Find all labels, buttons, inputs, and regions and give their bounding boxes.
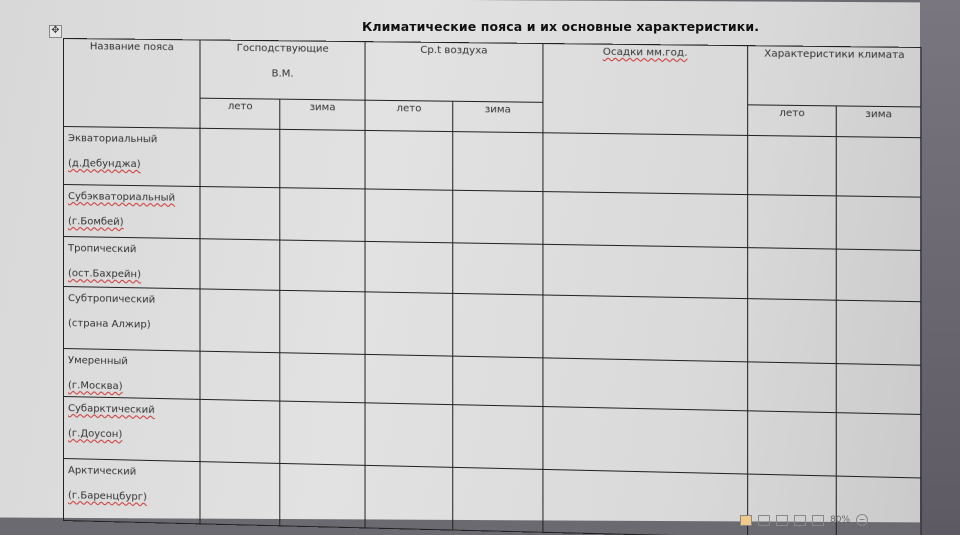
full-screen-reading-view-icon[interactable] — [758, 515, 770, 526]
empty-cell[interactable] — [365, 189, 453, 243]
belt-example-place: (д.Дебунджа) — [68, 158, 196, 171]
header-label: Название пояса — [90, 41, 174, 53]
header-label: Господствующие — [205, 42, 361, 55]
header-label: В.М. — [205, 68, 361, 81]
empty-cell[interactable] — [200, 289, 280, 353]
empty-cell[interactable] — [365, 292, 453, 356]
header-avg-temp[interactable]: Ср.t воздуха — [365, 42, 543, 103]
header-precipitation[interactable]: Осадки мм.год. — [543, 44, 748, 136]
empty-cell[interactable] — [200, 462, 280, 526]
empty-cell[interactable] — [836, 196, 921, 251]
document-title: Климатические пояса и их основные характ… — [362, 19, 759, 34]
empty-cell[interactable] — [543, 192, 748, 248]
empty-cell[interactable] — [453, 405, 543, 470]
window-background — [920, 0, 960, 535]
empty-cell[interactable] — [280, 240, 365, 292]
empty-cell[interactable] — [200, 128, 280, 187]
header-air-summer[interactable]: лето — [200, 98, 280, 129]
header-label: лето — [228, 101, 253, 112]
header-label: зима — [310, 102, 336, 113]
header-belt-name[interactable]: Название пояса — [63, 39, 200, 129]
header-label: Осадки мм.год. — [603, 47, 688, 59]
header-label: Характеристики климата — [764, 48, 904, 61]
belt-cell[interactable]: Арктический(г.Баренцбург) — [63, 459, 200, 524]
belt-cell[interactable]: Субэкваториальный(г.Бомбей) — [63, 185, 200, 239]
belt-name: Субэкваториальный — [68, 191, 196, 204]
header-label: Ср.t воздуха — [420, 45, 487, 57]
empty-cell[interactable] — [836, 137, 921, 198]
empty-cell[interactable] — [453, 293, 543, 357]
empty-cell[interactable] — [836, 364, 921, 415]
header-label: зима — [485, 104, 511, 115]
belt-example-place: (г.Москва) — [68, 380, 196, 394]
empty-cell[interactable] — [453, 356, 543, 406]
belt-example-place: (страна Алжир) — [68, 318, 196, 331]
belt-example-place: (г.Бомбей) — [68, 216, 196, 229]
draft-view-icon[interactable] — [812, 515, 824, 526]
belt-name: Арктический — [68, 465, 196, 479]
empty-cell[interactable] — [453, 190, 543, 244]
empty-cell[interactable] — [543, 358, 748, 411]
belt-name: Субтропический — [68, 293, 196, 306]
empty-cell[interactable] — [543, 244, 748, 298]
header-air-winter[interactable]: зима — [280, 99, 365, 130]
empty-cell[interactable] — [543, 407, 748, 475]
empty-cell[interactable] — [200, 187, 280, 241]
empty-cell[interactable] — [365, 354, 453, 404]
belt-cell[interactable]: Экваториальный(д.Дебунджа) — [63, 127, 200, 187]
empty-cell[interactable] — [748, 248, 837, 301]
zoom-level[interactable]: 80% — [830, 515, 850, 525]
belt-example-place: (ост.Бахрейн) — [68, 268, 196, 281]
empty-cell[interactable] — [543, 295, 748, 362]
empty-cell[interactable] — [748, 362, 837, 413]
belt-name: Тропический — [68, 243, 196, 256]
belt-cell[interactable]: Умеренный(г.Москва) — [63, 349, 200, 400]
belt-name: Экваториальный — [68, 133, 196, 146]
empty-cell[interactable] — [453, 467, 543, 532]
empty-cell[interactable] — [748, 195, 837, 249]
empty-cell[interactable] — [365, 465, 453, 530]
empty-cell[interactable] — [543, 133, 748, 195]
empty-cell[interactable] — [280, 353, 365, 403]
header-label: лето — [779, 108, 805, 120]
empty-cell[interactable] — [280, 290, 365, 354]
belt-example-place: (г.Баренцбург) — [68, 490, 196, 504]
header-temp-winter[interactable]: зима — [453, 101, 543, 133]
empty-cell[interactable] — [200, 239, 280, 291]
belt-cell[interactable]: Тропический(ост.Бахрейн) — [63, 237, 200, 289]
header-air-masses[interactable]: Господствующие В.М. — [200, 40, 365, 100]
belt-example-place: (г.Доусон) — [68, 428, 196, 442]
belt-name: Умеренный — [68, 355, 196, 369]
climate-table: Название пояса Господствующие В.М. Ср.t … — [63, 38, 922, 535]
header-label: лето — [396, 103, 421, 114]
empty-cell[interactable] — [748, 411, 837, 476]
header-temp-summer[interactable]: лето — [365, 100, 453, 131]
empty-cell[interactable] — [200, 351, 280, 401]
empty-cell[interactable] — [200, 399, 280, 463]
empty-cell[interactable] — [453, 132, 543, 192]
empty-cell[interactable] — [748, 135, 837, 195]
header-climate-summer[interactable]: лето — [748, 105, 837, 137]
empty-cell[interactable] — [280, 401, 365, 465]
empty-cell[interactable] — [280, 463, 365, 527]
table-move-handle-icon[interactable]: ✥ — [49, 25, 62, 38]
outline-view-icon[interactable] — [794, 515, 806, 526]
empty-cell[interactable] — [836, 300, 921, 365]
header-climate-winter[interactable]: зима — [836, 106, 921, 138]
empty-cell[interactable] — [543, 469, 748, 535]
empty-cell[interactable] — [836, 249, 921, 302]
empty-cell[interactable] — [365, 130, 453, 190]
web-layout-view-icon[interactable] — [776, 515, 788, 526]
print-layout-view-icon[interactable] — [740, 515, 752, 526]
empty-cell[interactable] — [453, 243, 543, 295]
empty-cell[interactable] — [836, 413, 921, 478]
belt-cell[interactable]: Субтропический(страна Алжир) — [63, 287, 200, 352]
empty-cell[interactable] — [365, 403, 453, 468]
zoom-out-button[interactable]: − — [856, 514, 868, 526]
header-climate-features[interactable]: Характеристики климата — [748, 46, 921, 107]
empty-cell[interactable] — [280, 129, 365, 189]
empty-cell[interactable] — [280, 188, 365, 242]
empty-cell[interactable] — [365, 241, 453, 293]
empty-cell[interactable] — [748, 299, 837, 364]
status-bar: 80% − — [740, 512, 868, 528]
belt-cell[interactable]: Субарктический(г.Доусон) — [63, 397, 200, 462]
header-label: зима — [865, 109, 892, 121]
belt-name: Субарктический — [68, 403, 196, 417]
